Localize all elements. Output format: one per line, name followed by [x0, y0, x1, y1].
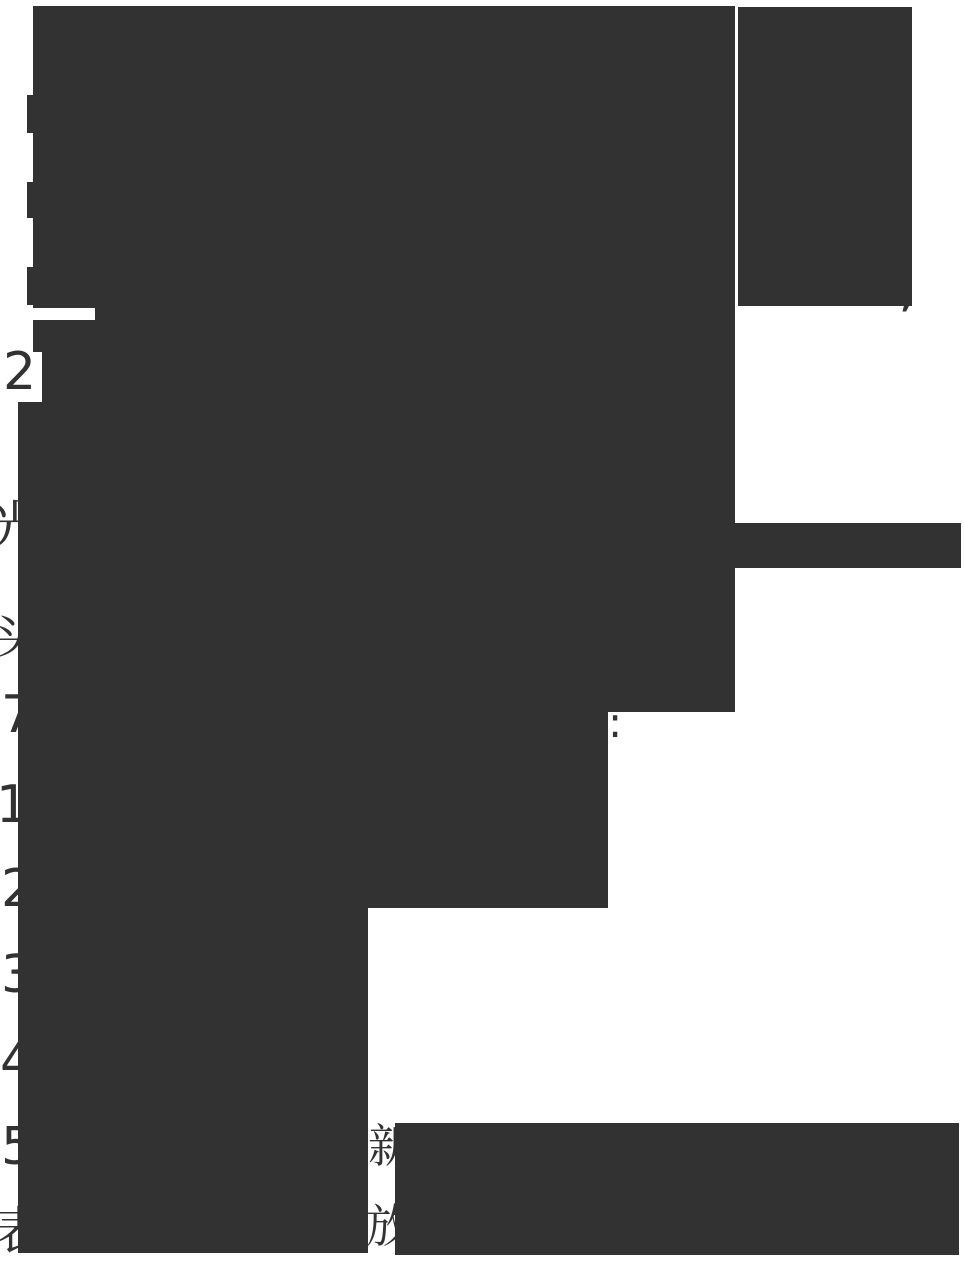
text-block-top-left-bottom-edge [95, 308, 735, 320]
text-block-top-right [738, 7, 912, 306]
text-block-mid-lower [18, 712, 608, 908]
text-block-mid [18, 568, 735, 712]
text-block-bottom-right [395, 1123, 959, 1255]
text-block-top-left [33, 6, 735, 308]
text-block-left-column [18, 908, 368, 1253]
text-block-line-bump-3 [27, 267, 33, 305]
text-block-row-above-marker [33, 320, 735, 352]
text-block-mid-upper [18, 402, 735, 523]
text-block-full-width-bar [18, 523, 961, 568]
document-page: { "colors": { "ink": "#323232", "backgro… [0, 0, 964, 1283]
section-marker-2: 2 [3, 346, 36, 398]
text-block-marker-row [42, 352, 735, 402]
text-block-line-bump-1 [27, 95, 33, 133]
text-block-line-bump-2 [27, 182, 33, 218]
page-canvas: 2 光 头 7 : 1 2 3 4 5 表 新 放 , [0, 0, 964, 1283]
